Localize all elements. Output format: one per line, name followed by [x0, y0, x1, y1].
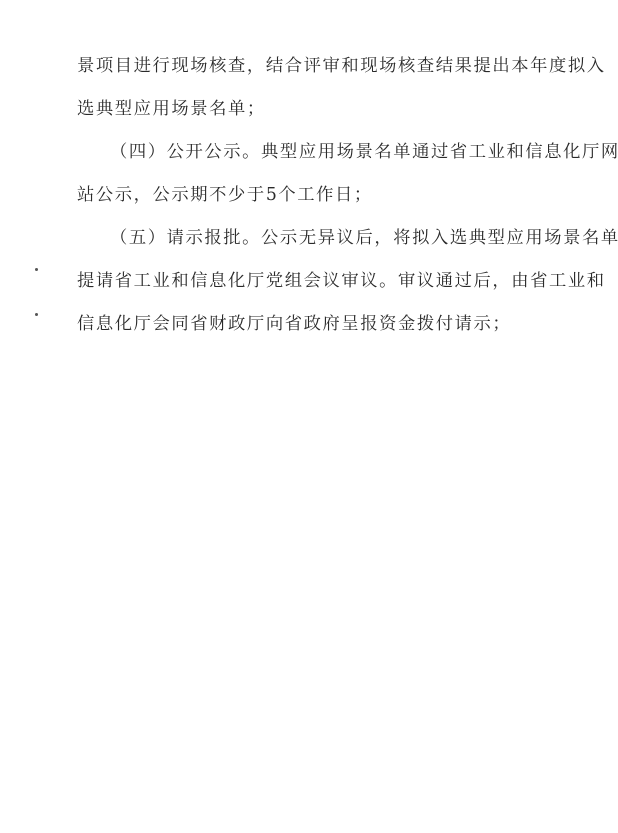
margin-mark [35, 268, 38, 271]
text-line: 信息化厅会同省财政厅向省政府呈报资金拨付请示； [77, 312, 597, 336]
text-line: 提请省工业和信息化厅党组会议审议。审议通过后，由省工业和 [77, 269, 597, 293]
text-line: 选典型应用场景名单； [77, 97, 597, 121]
document-page: 景项目进行现场核查，结合评审和现场核查结果提出本年度拟入 选典型应用场景名单； … [0, 0, 618, 833]
text-line: （五）请示报批。公示无异议后，将拟入选典型应用场景名单 [110, 226, 618, 250]
text-line: 站公示，公示期不少于5个工作日； [77, 183, 597, 207]
text-line: （四）公开公示。典型应用场景名单通过省工业和信息化厅网 [110, 140, 618, 164]
text-line: 景项目进行现场核查，结合评审和现场核查结果提出本年度拟入 [77, 54, 597, 78]
margin-mark [35, 313, 38, 316]
